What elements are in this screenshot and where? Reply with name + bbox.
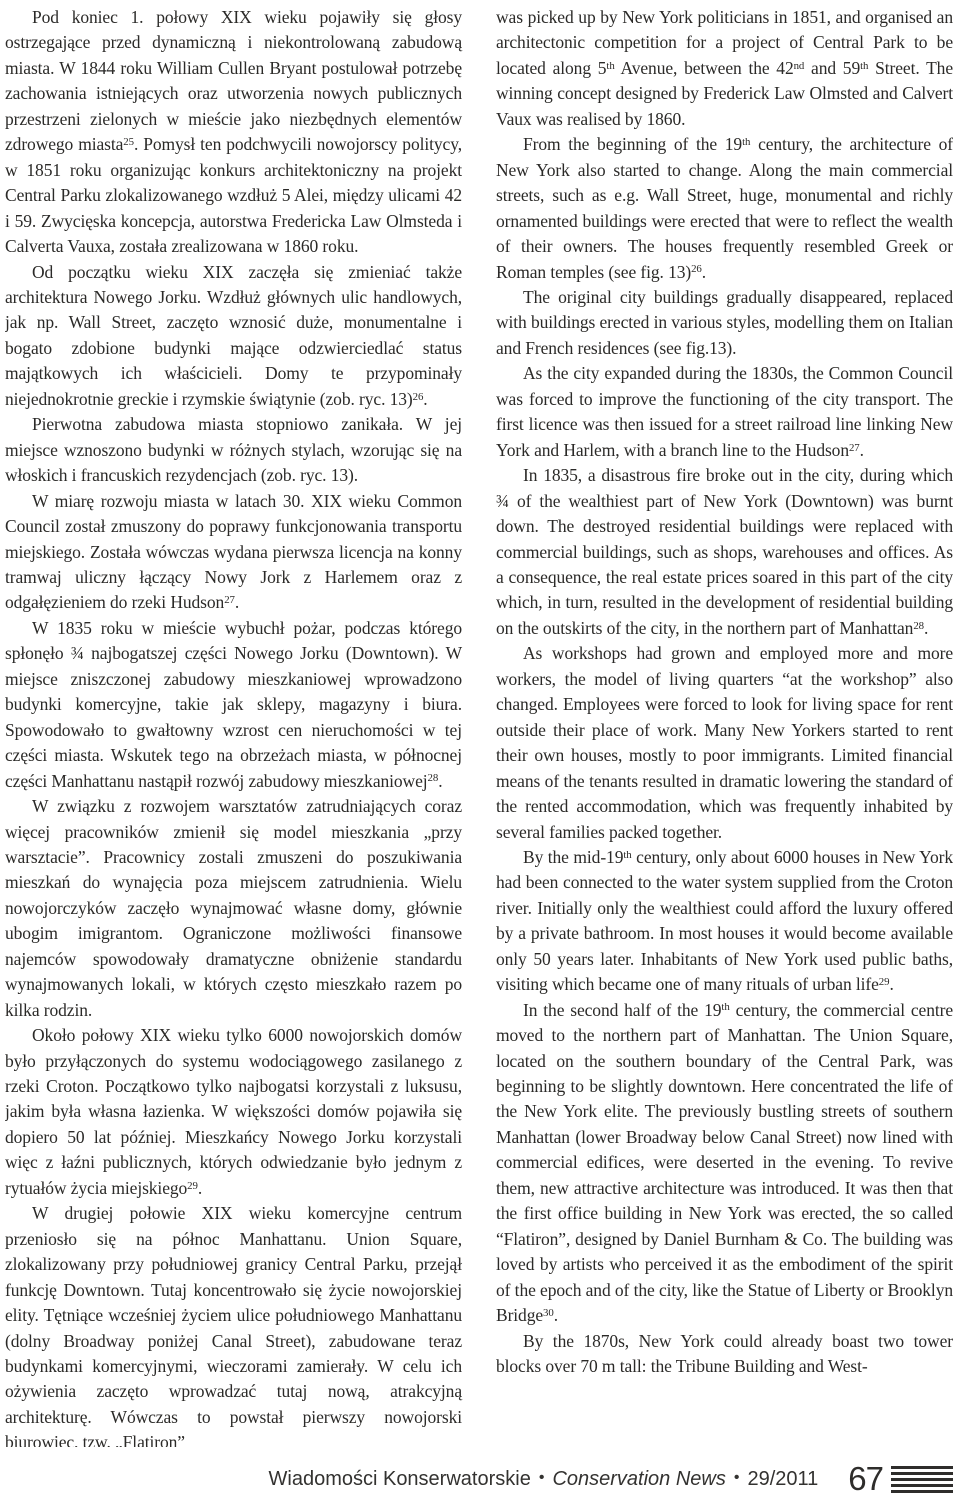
footnote-superscript: th: [860, 60, 868, 72]
footnote-superscript: 26: [691, 263, 702, 275]
horizontal-lines-icon: [891, 1466, 953, 1493]
text-run: Pierwotna zabudowa miasta stopniowo zani…: [5, 414, 462, 485]
paragraph: W drugiej połowie XIX wieku komercyjne c…: [5, 1201, 462, 1447]
footer-bullet-separator: •: [734, 1469, 740, 1487]
footnote-superscript: th: [742, 136, 750, 148]
column-right: was picked up by New York politicians in…: [496, 5, 953, 1447]
journal-page: Pod koniec 1. połowy XIX wieku pojawiły …: [0, 0, 960, 1509]
text-run: Pod koniec 1. połowy XIX wieku pojawiły …: [5, 7, 462, 154]
text-run: As the city expanded during the 1830s, t…: [496, 363, 953, 459]
paragraph: From the beginning of the 19th century, …: [496, 132, 953, 285]
footnote-superscript: 27: [224, 594, 235, 606]
text-run: W drugiej połowie XIX wieku komercyjne c…: [5, 1203, 462, 1447]
footnote-superscript: 25: [123, 136, 134, 148]
paragraph: Pierwotna zabudowa miasta stopniowo zani…: [5, 412, 462, 488]
text-run: .: [889, 974, 893, 994]
text-run: Około połowy XIX wieku tylko 6000 nowojo…: [5, 1025, 462, 1198]
paragraph: The original city buildings gradually di…: [496, 285, 953, 361]
text-run: and 59: [804, 58, 860, 78]
text-run: .: [860, 440, 864, 460]
footnote-superscript: 30: [543, 1307, 554, 1319]
page-number: 67: [848, 1460, 883, 1498]
paragraph: By the mid-19th century, only about 6000…: [496, 845, 953, 998]
footnote-superscript: 26: [413, 391, 424, 403]
footnote-superscript: 29: [187, 1180, 198, 1192]
paragraph: Około połowy XIX wieku tylko 6000 nowojo…: [5, 1023, 462, 1201]
text-run: As workshops had grown and employed more…: [496, 643, 953, 841]
text-run: .: [702, 262, 706, 282]
column-left: Pod koniec 1. połowy XIX wieku pojawiły …: [5, 5, 462, 1447]
text-run: century, only about 6000 houses in New Y…: [496, 847, 953, 994]
text-run: Od początku wieku XIX zaczęła się zmieni…: [5, 262, 462, 409]
journal-title-pl: Wiadomości Konserwatorskie: [269, 1468, 531, 1491]
text-run: .: [198, 1178, 202, 1198]
footnote-superscript: 28: [428, 772, 439, 784]
text-run: In the second half of the 19: [523, 1000, 721, 1020]
footer: Wiadomości Konserwatorskie • Conservatio…: [269, 1460, 954, 1498]
text-run: Avenue, between the 42: [615, 58, 794, 78]
text-run: From the beginning of the 19: [523, 134, 742, 154]
text-run: .: [924, 618, 928, 638]
text-run: .: [438, 771, 442, 791]
text-run: .: [423, 389, 427, 409]
journal-title-en: Conservation News: [552, 1468, 725, 1491]
text-columns: Pod koniec 1. połowy XIX wieku pojawiły …: [5, 5, 953, 1447]
paragraph: By the 1870s, New York could already boa…: [496, 1329, 953, 1380]
paragraph: In the second half of the 19th century, …: [496, 998, 953, 1329]
footnote-superscript: th: [721, 1001, 729, 1013]
footnote-superscript: nd: [794, 60, 805, 72]
text-run: The original city buildings gradually di…: [496, 287, 953, 358]
paragraph: Pod koniec 1. połowy XIX wieku pojawiły …: [5, 5, 462, 260]
paragraph: In 1835, a disastrous fire broke out in …: [496, 463, 953, 641]
text-run: By the mid-19: [523, 847, 623, 867]
paragraph: As workshops had grown and employed more…: [496, 641, 953, 845]
text-run: century, the commercial centre moved to …: [496, 1000, 953, 1325]
text-run: By the 1870s, New York could already boa…: [496, 1331, 953, 1376]
text-run: W 1835 roku w mieście wybuchł pożar, pod…: [5, 618, 462, 791]
text-run: .: [235, 592, 239, 612]
text-run: In 1835, a disastrous fire broke out in …: [496, 465, 953, 638]
footnote-superscript: 28: [913, 620, 924, 632]
paragraph: As the city expanded during the 1830s, t…: [496, 361, 953, 463]
paragraph: W 1835 roku w mieście wybuchł pożar, pod…: [5, 616, 462, 794]
paragraph: W związku z rozwojem warsztatów zatrudni…: [5, 794, 462, 1023]
issue-number: 29/2011: [747, 1468, 818, 1491]
text-run: W związku z rozwojem warsztatów zatrudni…: [5, 796, 462, 1020]
paragraph: Od początku wieku XIX zaczęła się zmieni…: [5, 260, 462, 413]
footnote-superscript: 27: [849, 442, 860, 454]
footer-bullet-separator: •: [539, 1469, 545, 1487]
paragraph: was picked up by New York politicians in…: [496, 5, 953, 132]
paragraph: W miarę rozwoju miasta w latach 30. XIX …: [5, 489, 462, 616]
text-run: century, the architecture of New York al…: [496, 134, 953, 281]
footnote-superscript: th: [606, 60, 614, 72]
text-run: .: [554, 1305, 558, 1325]
footnote-superscript: 29: [879, 976, 890, 988]
footnote-superscript: th: [623, 849, 631, 861]
